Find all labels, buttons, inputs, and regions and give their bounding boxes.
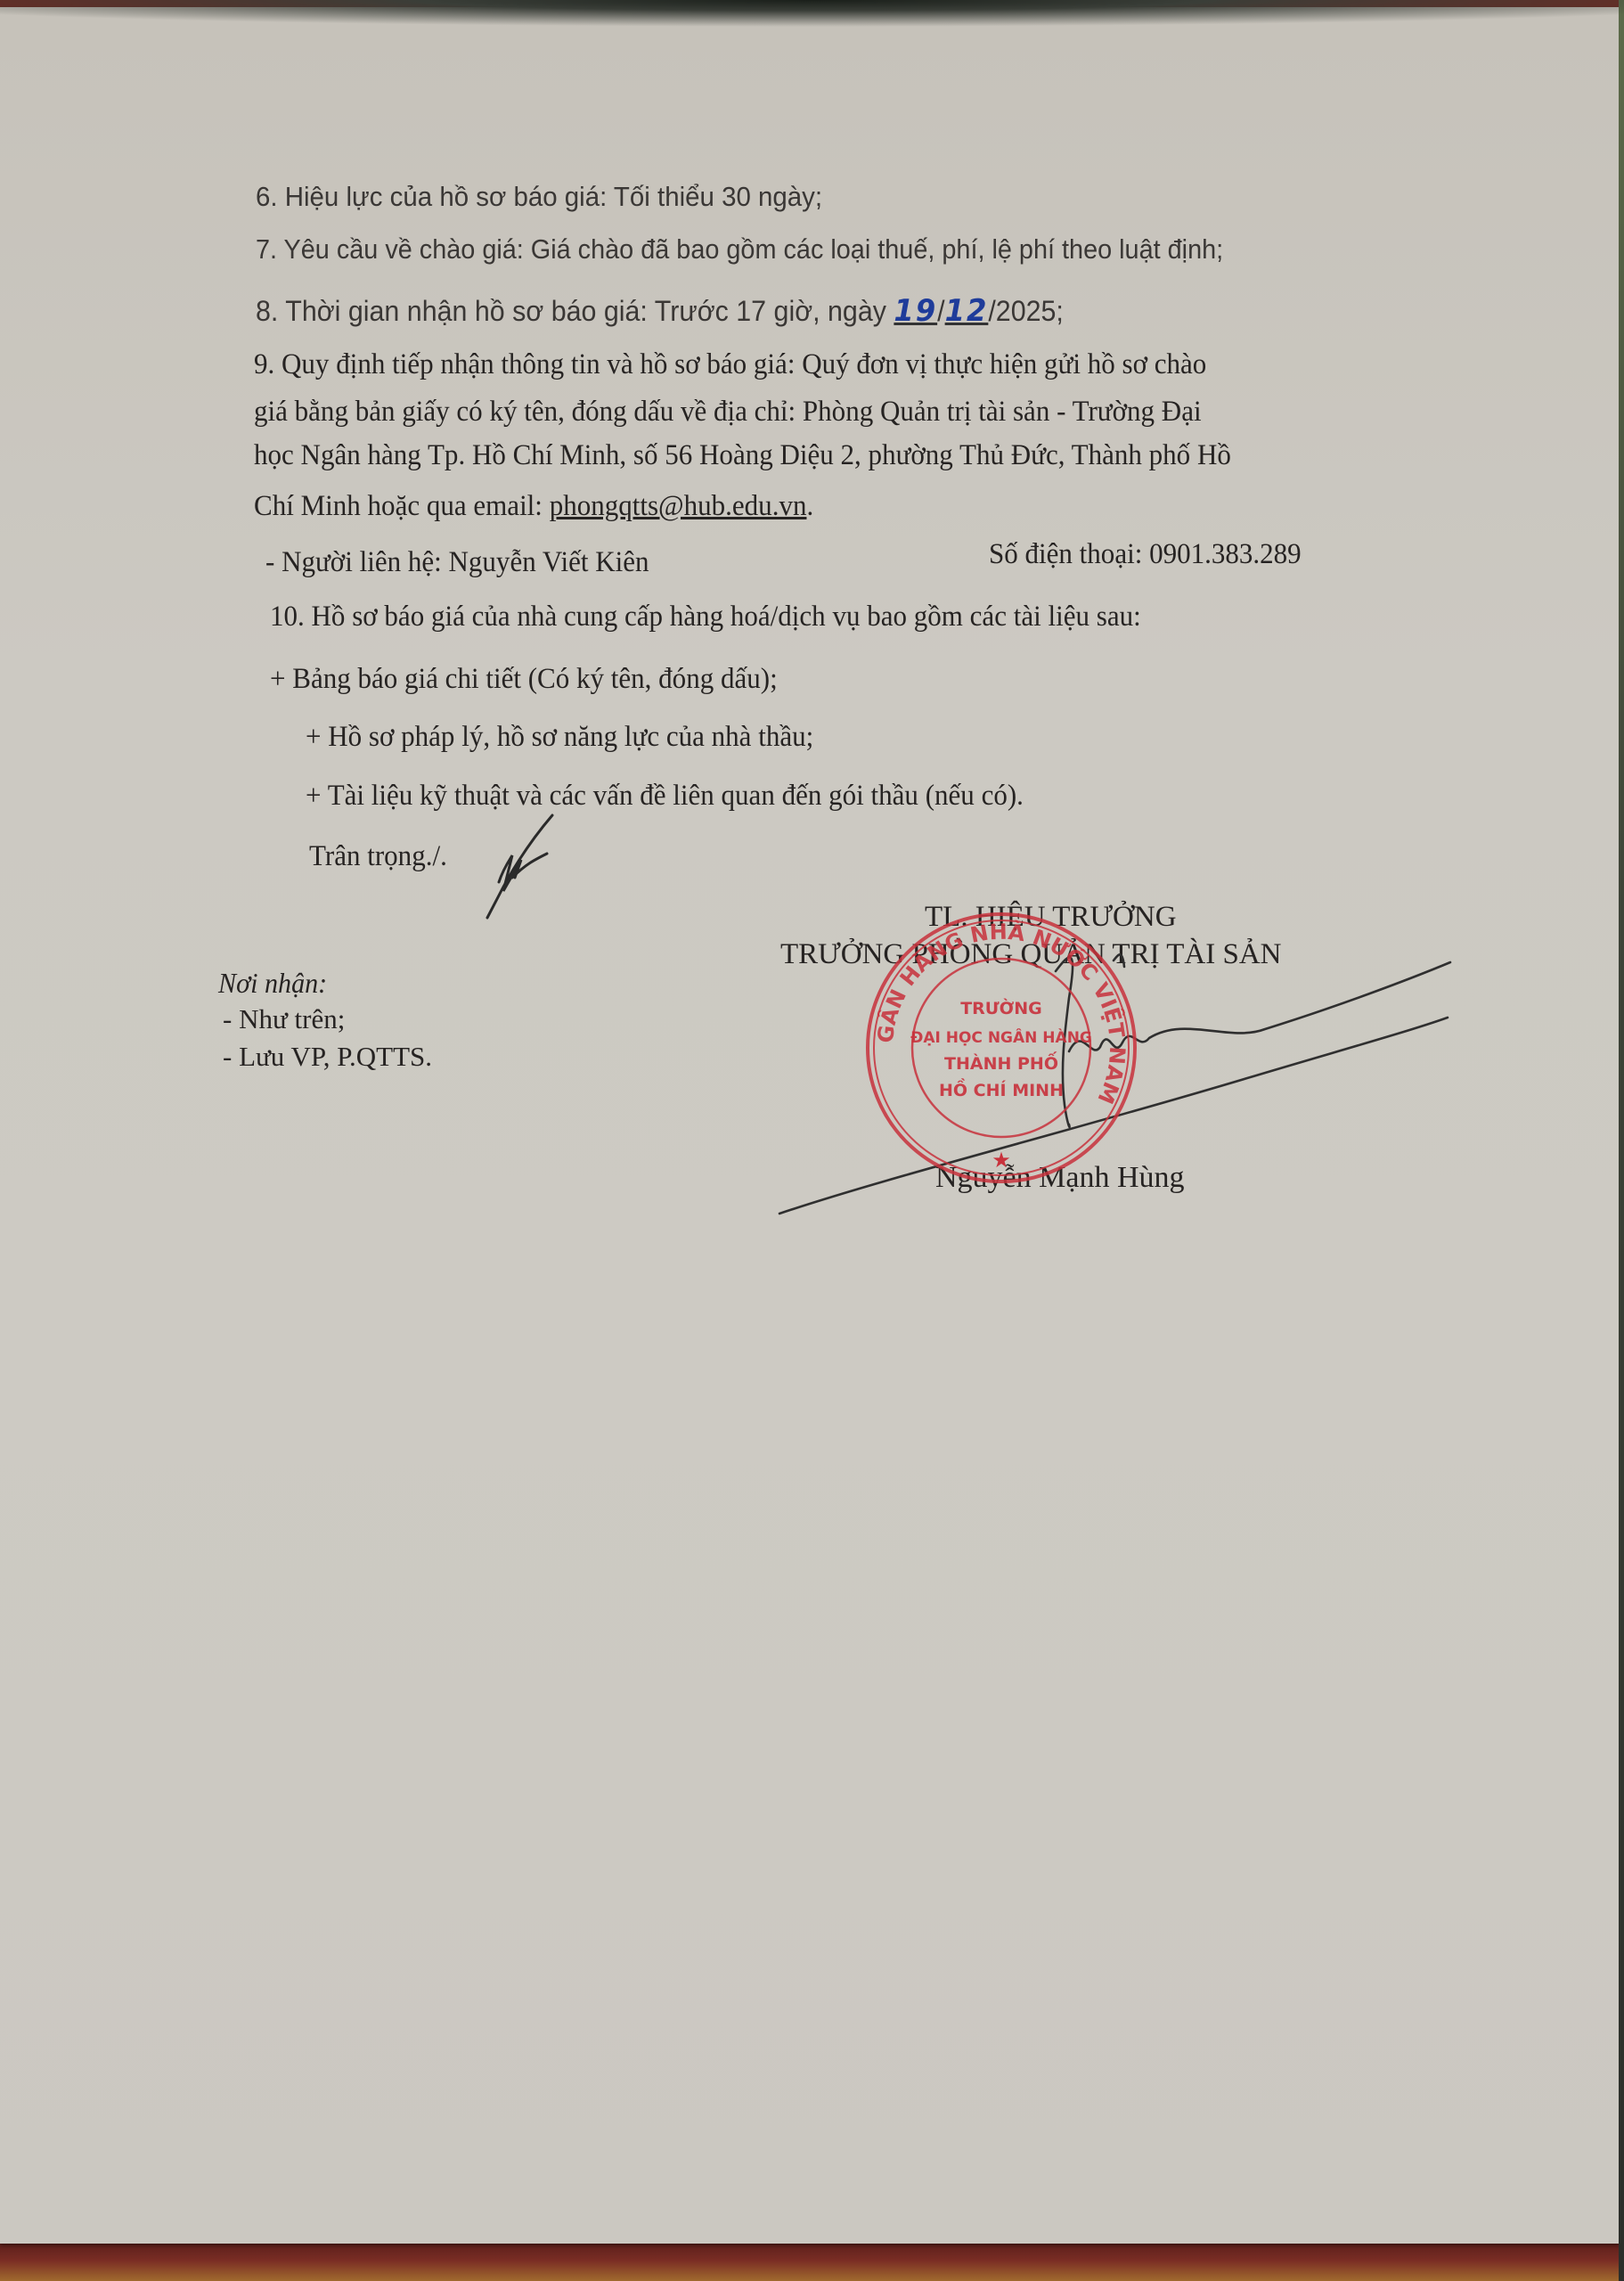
recipient-item: - Lưu VP, P.QTTS. bbox=[223, 1042, 432, 1070]
table-surface bbox=[0, 2244, 1624, 2281]
stamp-star-icon: ★ bbox=[992, 1149, 1011, 1173]
item-10-sub-1: + Bảng báo giá chi tiết (Có ký tên, đóng… bbox=[270, 665, 778, 694]
contact-person: - Người liên hệ: Nguyễn Viết Kiên bbox=[265, 548, 649, 577]
photo-right-edge bbox=[1619, 0, 1624, 2281]
item-9-line-4: Chí Minh hoặc qua email: phongqtts@hub.e… bbox=[254, 492, 813, 521]
item-10-sub-2: + Hồ sơ pháp lý, hồ sơ năng lực của nhà … bbox=[306, 723, 813, 752]
item-9-line-4-suffix: . bbox=[806, 490, 813, 522]
svg-text:THÀNH PHỐ: THÀNH PHỐ bbox=[944, 1051, 1058, 1074]
item-8-deadline: 8. Thời gian nhận hồ sơ báo giá: Trước 1… bbox=[256, 296, 1064, 326]
contact-phone: Số điện thoại: 0901.383.289 bbox=[989, 540, 1302, 569]
official-stamp: NGÂN HÀNG NHÀ NƯỚC VIỆT NAM TRƯỜNG ĐẠI H… bbox=[862, 909, 1140, 1187]
item-9-line-1: 9. Quy định tiếp nhận thông tin và hồ sơ… bbox=[254, 350, 1206, 380]
handwritten-month: 12 bbox=[945, 293, 989, 329]
closing-text: Trân trọng./. bbox=[309, 842, 447, 871]
svg-text:TRƯỜNG: TRƯỜNG bbox=[960, 997, 1042, 1018]
contact-email-link[interactable]: phongqtts@hub.edu.vn bbox=[550, 490, 807, 522]
year: /2025; bbox=[988, 295, 1064, 327]
item-9-line-4-prefix: Chí Minh hoặc qua email: bbox=[254, 490, 550, 522]
item-10-heading: 10. Hồ sơ báo giá của nhà cung cấp hàng … bbox=[270, 602, 1141, 632]
svg-text:HỒ CHÍ MINH: HỒ CHÍ MINH bbox=[939, 1077, 1064, 1100]
item-7-price-requirement: 7. Yêu cầu về chào giá: Giá chào đã bao … bbox=[256, 235, 1223, 263]
item-9-line-2: giá bằng bản giấy có ký tên, đóng dấu về… bbox=[254, 397, 1202, 427]
item-8-prefix: 8. Thời gian nhận hồ sơ báo giá: Trước 1… bbox=[256, 295, 886, 327]
recipients-title: Nơi nhận: bbox=[218, 969, 327, 997]
photo-top-shadow bbox=[0, 0, 1624, 27]
item-9-line-3: học Ngân hàng Tp. Hồ Chí Minh, số 56 Hoà… bbox=[254, 441, 1231, 470]
document-page bbox=[0, 7, 1620, 2244]
handwritten-day: 19 bbox=[894, 293, 937, 329]
item-10-sub-3: + Tài liệu kỹ thuật và các vấn đề liên q… bbox=[306, 781, 1024, 811]
svg-text:ĐẠI HỌC NGÂN HÀNG: ĐẠI HỌC NGÂN HÀNG bbox=[910, 1027, 1092, 1047]
recipient-item: - Như trên; bbox=[223, 1005, 345, 1033]
item-6-validity: 6. Hiệu lực của hồ sơ báo giá: Tối thiểu… bbox=[256, 183, 822, 210]
